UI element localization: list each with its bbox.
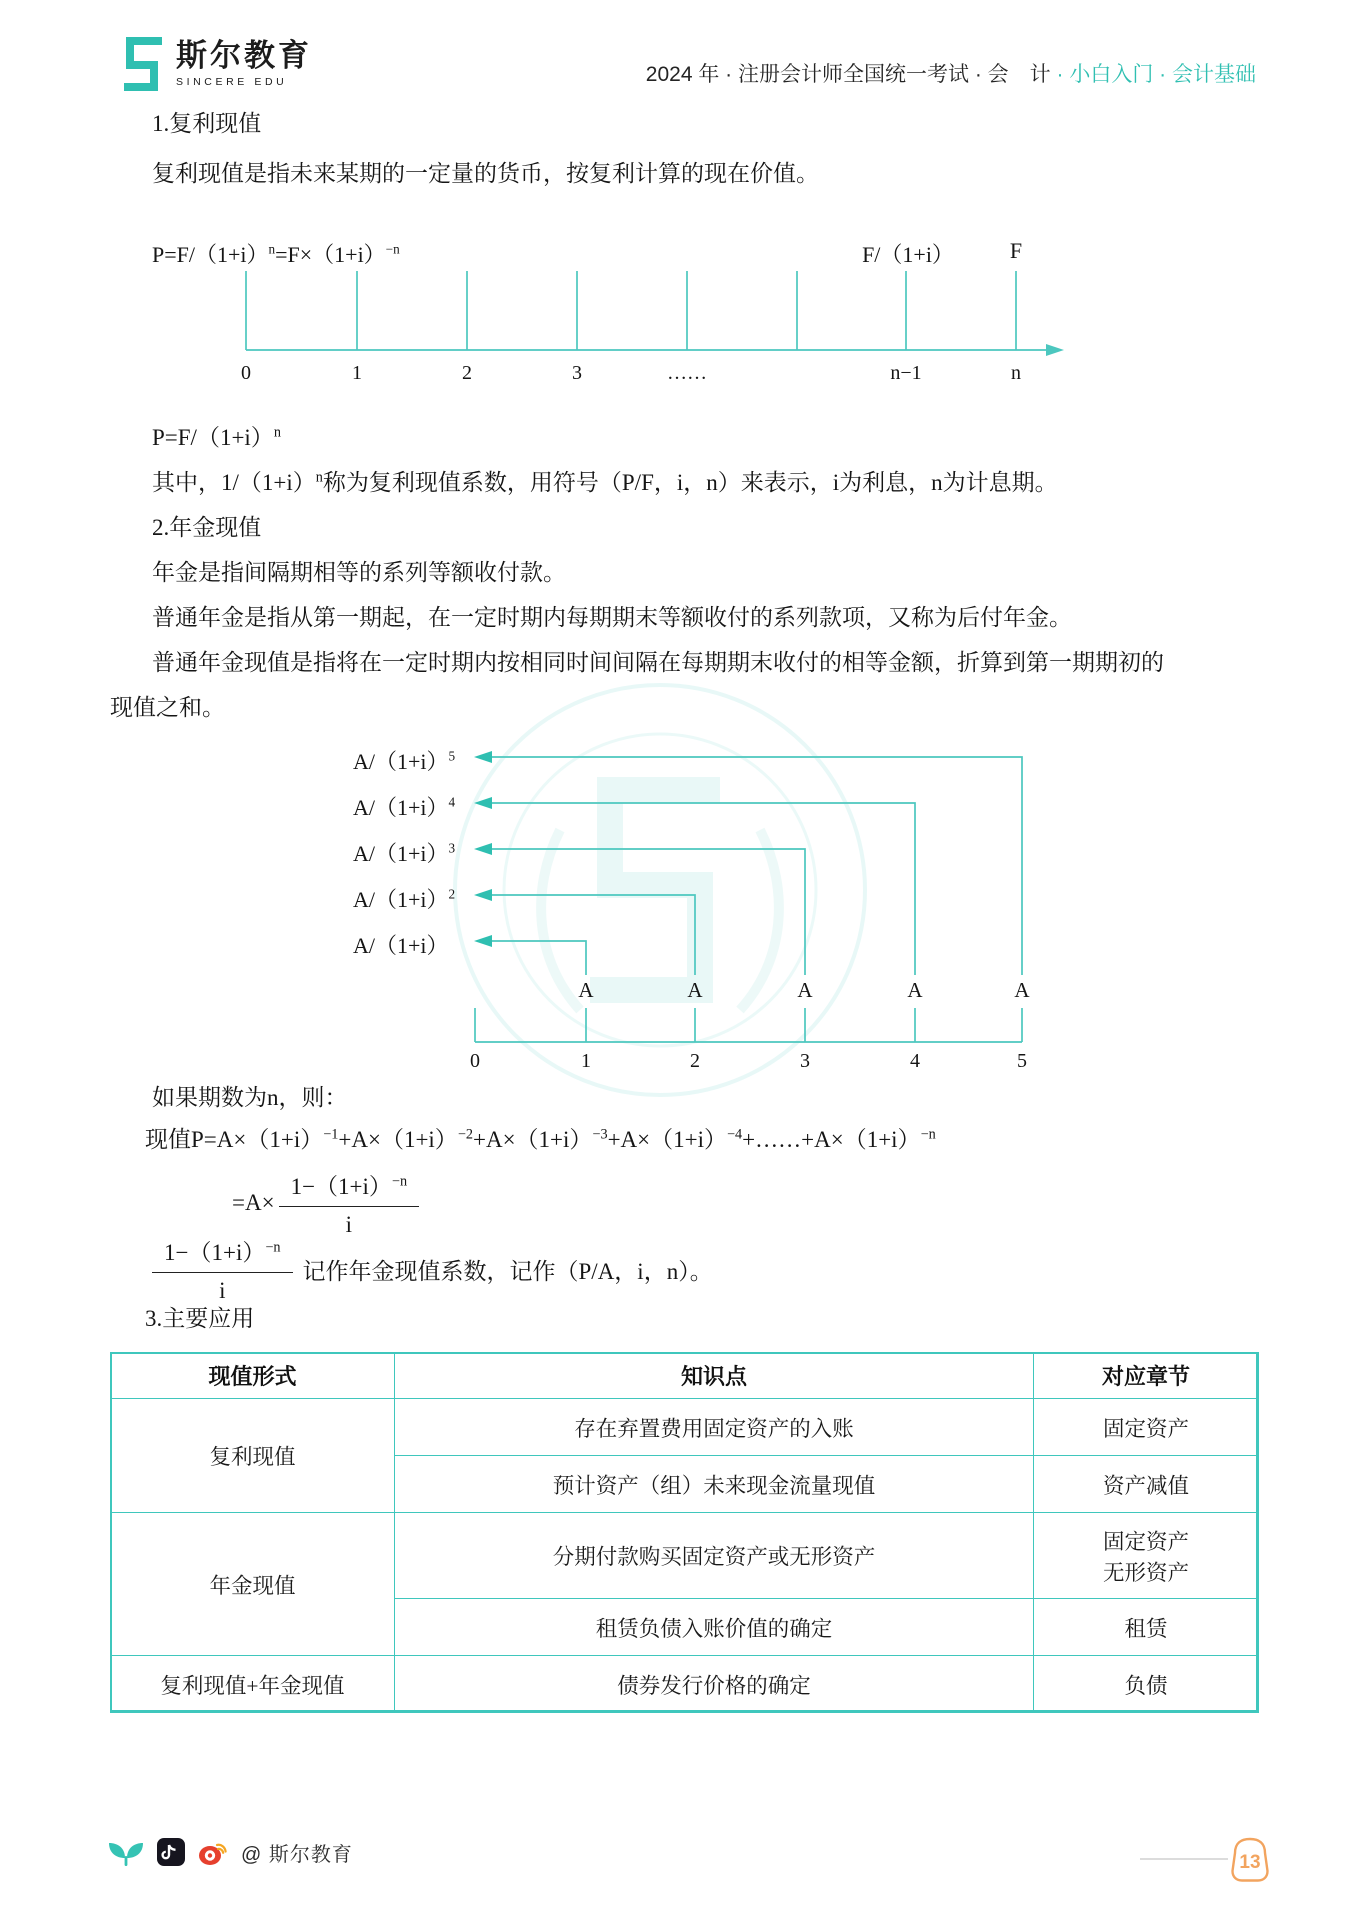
diagram1-label-f: F <box>988 238 1044 264</box>
heading-main-applications: 3.主要应用 <box>145 1305 254 1334</box>
diagram1-axis-label: 2 <box>437 362 497 385</box>
diagram1-formula-sup2: −n <box>386 242 400 257</box>
cell-chapter-line: 无形资产 <box>1040 1556 1252 1587</box>
page-number: 13 <box>1239 1852 1260 1873</box>
annuity-closed-form-formula: =A× 1−（1+i）−n i <box>232 1168 423 1238</box>
table-row: 复利现值 存在弃置费用固定资产的入账 固定资产 <box>111 1399 1259 1456</box>
para-compound-pv-def: 复利现值是指未来某期的一定量的货币，按复利计算的现在价值。 <box>152 160 819 189</box>
cell-chapter: 固定资产 <box>1034 1399 1259 1456</box>
diagram1-axis-arrow-icon <box>1046 344 1064 356</box>
formula-p-sup: n <box>274 424 281 440</box>
diagram1-formula-seg1: P=F/（1+i） <box>152 242 269 267</box>
diagram1-axis-label: 3 <box>547 362 607 385</box>
diagram1-axis-label: n−1 <box>876 362 936 385</box>
heading-compound-pv: 1.复利现值 <box>152 110 261 139</box>
cell-chapter: 租赁 <box>1034 1599 1259 1656</box>
fraction: 1−（1+i）−n i <box>279 1168 420 1238</box>
col-header-knowledge: 知识点 <box>395 1353 1034 1399</box>
diagram1-formula: P=F/（1+i）n=F×（1+i）−n <box>152 238 400 269</box>
series-sup: −2 <box>458 1126 473 1142</box>
annuity-series-formula: 现值P=A×（1+i）−1+A×（1+i）−2+A×（1+i）−3+A×（1+i… <box>145 1126 936 1155</box>
diagram2-left-label: A/（1+i）5 <box>353 745 455 776</box>
diagram1-axis-label: 1 <box>327 362 387 385</box>
fraction-num-sup: −n <box>265 1239 280 1255</box>
diagram2-arrows <box>492 757 1022 975</box>
col-header-pv-form: 现值形式 <box>111 1353 395 1399</box>
diagram1-ticks <box>246 271 1046 350</box>
diagram2-left-label-base: A/（1+i） <box>353 795 449 820</box>
diagram1-axis-label: …… <box>657 362 717 385</box>
fraction: 1−（1+i）−n i <box>152 1234 293 1304</box>
diagram2-axis-label: 1 <box>556 1050 616 1073</box>
table-header-row: 现值形式 知识点 对应章节 <box>111 1353 1259 1399</box>
diagram2-a-label: A <box>665 978 725 1003</box>
header-title-black: 2024 年 · 注册会计师全国统一考试 · 会 计 <box>646 63 1051 86</box>
equals-a-times: =A× <box>232 1190 275 1216</box>
diagram1-label-f-over-1plusi: F/（1+i） <box>846 238 970 269</box>
tiktok-icon <box>157 1838 185 1866</box>
series-seg: 现值P=A×（1+i） <box>145 1127 323 1152</box>
fraction-numerator: 1−（1+i）−n <box>152 1234 293 1273</box>
para-coeff-post: 称为复利现值系数，用符号（P/F，i，n）来表示，i为利息，n为计息期。 <box>323 470 1058 495</box>
fraction-numerator: 1−（1+i）−n <box>279 1168 420 1207</box>
diagram2-axis <box>475 1008 1022 1042</box>
para-annuity-pv-def-line2: 现值之和。 <box>110 694 225 723</box>
series-sup: −n <box>921 1126 936 1142</box>
cell-knowledge: 债券发行价格的确定 <box>395 1656 1034 1713</box>
diagram2-left-label: A/（1+i） <box>353 929 449 960</box>
heading-annuity-pv: 2.年金现值 <box>152 514 261 543</box>
fraction-denominator: i <box>219 1273 225 1304</box>
diagram2-arrowheads <box>474 751 492 947</box>
cell-knowledge: 存在弃置费用固定资产的入账 <box>395 1399 1034 1456</box>
para-coeff-sup: n <box>316 469 323 485</box>
series-sup: −3 <box>592 1126 607 1142</box>
diagram2-a-label: A <box>885 978 945 1003</box>
diagram2-a-label: A <box>556 978 616 1003</box>
footer-social: @ 斯尔教育 <box>108 1836 353 1868</box>
series-sup: −1 <box>323 1126 338 1142</box>
diagram2-left-label-base: A/（1+i） <box>353 841 449 866</box>
series-sup: −4 <box>727 1126 742 1142</box>
applications-table: 现值形式 知识点 对应章节 复利现值 存在弃置费用固定资产的入账 固定资产 预计… <box>110 1352 1259 1713</box>
diagram2-axis-label: 2 <box>665 1050 725 1073</box>
formula-p-base: P=F/（1+i） <box>152 425 274 450</box>
diagram2-left-label-sup: 4 <box>449 795 456 810</box>
diagram2-a-label: A <box>775 978 835 1003</box>
cell-chapter: 固定资产 无形资产 <box>1034 1513 1259 1599</box>
cell-chapter: 负债 <box>1034 1656 1259 1713</box>
series-seg: +A×（1+i） <box>473 1127 592 1152</box>
para-if-n-periods: 如果期数为n，则： <box>152 1084 348 1113</box>
diagram2-left-label: A/（1+i）2 <box>353 883 455 914</box>
cell-form-combined: 复利现值+年金现值 <box>111 1656 395 1713</box>
header-title-teal: · 小白入门 · 会计基础 <box>1051 63 1256 86</box>
diagram1-timeline-svg <box>240 268 1070 360</box>
diagram2-left-label-base: A/（1+i） <box>353 933 449 958</box>
diagram2-left-label: A/（1+i）3 <box>353 837 455 868</box>
diagram2-axis-label: 3 <box>775 1050 835 1073</box>
diagram2-axis-label: 4 <box>885 1050 945 1073</box>
diagram2-a-label: A <box>992 978 1052 1003</box>
diagram1-axis-label: n <box>986 362 1046 385</box>
brand-text-block: 斯尔教育 SINCERE EDU <box>176 40 312 88</box>
table-row: 年金现值 分期付款购买固定资产或无形资产 固定资产 无形资产 <box>111 1513 1259 1599</box>
cell-form-annuity: 年金现值 <box>111 1513 395 1656</box>
cell-chapter-line: 固定资产 <box>1040 1525 1252 1556</box>
para-coefficient: 其中，1/（1+i）n称为复利现值系数，用符号（P/F，i，n）来表示，i为利息… <box>152 469 1058 498</box>
para-coeff-pre: 其中，1/（1+i） <box>152 470 316 495</box>
cell-form-compound: 复利现值 <box>111 1399 395 1513</box>
fraction-num-base: 1−（1+i） <box>164 1240 265 1265</box>
para-ordinary-annuity: 普通年金是指从第一期起，在一定时期内每期期末等额收付的系列款项，又称为后付年金。 <box>152 604 1072 633</box>
diagram1-formula-seg2: =F×（1+i） <box>275 242 386 267</box>
cell-chapter: 资产减值 <box>1034 1456 1259 1513</box>
fraction-num-base: 1−（1+i） <box>291 1174 392 1199</box>
brand-name-cn: 斯尔教育 <box>176 40 312 71</box>
diagram2-left-label-base: A/（1+i） <box>353 749 449 774</box>
para-annuity-def: 年金是指间隔期相等的系列等额收付款。 <box>152 559 566 588</box>
brand-logo: 斯尔教育 SINCERE EDU <box>118 36 312 92</box>
series-seg: +A×（1+i） <box>338 1127 457 1152</box>
diagram1-axis-label: 0 <box>216 362 276 385</box>
sincere-s-logo-icon <box>118 36 166 92</box>
col-header-chapter: 对应章节 <box>1034 1353 1259 1399</box>
page-header-title: 2024 年 · 注册会计师全国统一考试 · 会 计 · 小白入门 · 会计基础 <box>646 58 1256 88</box>
weibo-icon <box>198 1838 228 1866</box>
formula-p-equals: P=F/（1+i）n <box>152 424 281 453</box>
cell-knowledge: 租赁负债入账价值的确定 <box>395 1599 1034 1656</box>
diagram2-left-label-sup: 3 <box>449 841 456 856</box>
annuity-coefficient-line: 1−（1+i）−n i 记作年金现值系数，记作（P/A，i，n）。 <box>148 1234 713 1304</box>
diagram2-axis-label: 5 <box>992 1050 1052 1073</box>
diagram2-left-label-base: A/（1+i） <box>353 887 449 912</box>
cell-knowledge: 预计资产（组）未来现金流量现值 <box>395 1456 1034 1513</box>
footer-divider-line <box>1140 1858 1228 1860</box>
table-row: 复利现值+年金现值 债券发行价格的确定 负债 <box>111 1656 1259 1713</box>
brand-name-en: SINCERE EDU <box>176 76 312 88</box>
sprout-icon <box>108 1836 144 1868</box>
diagram2-left-label: A/（1+i）4 <box>353 791 455 822</box>
page-number-badge: 13 <box>1224 1836 1276 1884</box>
diagram2-left-label-sup: 2 <box>449 887 456 902</box>
diagram2-timeline-svg <box>470 745 1032 1045</box>
textbook-page: 斯尔教育 SINCERE EDU 2024 年 · 注册会计师全国统一考试 · … <box>0 0 1366 1931</box>
social-handle: @ 斯尔教育 <box>241 1838 353 1867</box>
diagram2-axis-label: 0 <box>445 1050 505 1073</box>
diagram2-left-label-sup: 5 <box>449 749 456 764</box>
fraction-num-sup: −n <box>392 1173 407 1189</box>
cell-knowledge: 分期付款购买固定资产或无形资产 <box>395 1513 1034 1599</box>
series-seg: +……+A×（1+i） <box>742 1127 920 1152</box>
series-seg: +A×（1+i） <box>608 1127 727 1152</box>
coefficient-note: 记作年金现值系数，记作（P/A，i，n）。 <box>303 1253 713 1286</box>
